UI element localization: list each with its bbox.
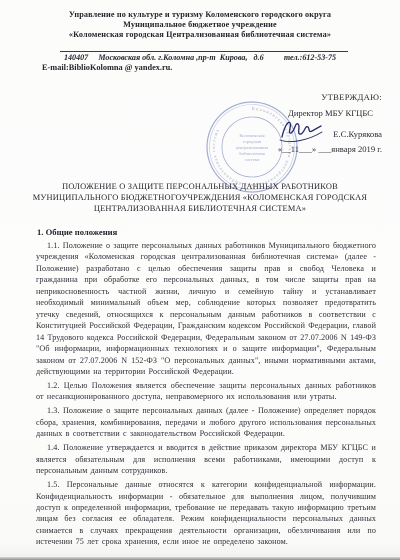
scanned-document-page: Управление по культуре и туризму Коломен… [0,0,400,560]
org-address: 140407 Московская обл. г.Коломна ,пр-т К… [0,53,400,62]
paragraph-1-4: 1.4. Положение утверждается и вводится в… [36,442,376,476]
paragraph-1-2: 1.2. Целью Положения является обеспечени… [36,380,376,403]
signer-name: Е.С.Курякова [333,129,382,139]
org-email: E-mail:BiblioKolomna @ yandex.ru. [42,63,172,72]
signature-row: Е.С.Курякова [212,121,382,143]
org-name-line1: Управление по культуре и туризму Коломен… [0,10,400,20]
stamp-center-line5: система [245,157,260,162]
org-name-line2: Муниципальное бюджетное учреждение [0,20,400,30]
approval-date: «__11___» ___января 2019 г. [212,144,382,154]
approval-block: УТВЕРЖДАЮ: Директор МБУ КГЦБС Е.С.Куряко… [212,92,382,154]
paragraph-1-5: 1.5. Персональные данные относятся к кат… [36,479,376,548]
paragraph-1-3: 1.3. Положение о защите персональных дан… [36,405,376,439]
section-heading: 1. Общие положения [37,227,117,237]
handwritten-signature-icon [278,117,324,143]
letterhead: Управление по культуре и туризму Коломен… [0,10,400,41]
paragraph-1-1: 1.1. Положение о защите персональных дан… [36,240,376,377]
org-name-line3: «Коломенская городская Централизованная … [0,30,400,40]
document-body: 1.1. Положение о защите персональных дан… [36,240,376,550]
document-title: ПОЛОЖЕНИЕ О ЗАЩИТЕ ПЕРСОНАЛЬНЫХ ДАННЫХ Р… [28,181,372,214]
approve-label: УТВЕРЖДАЮ: [212,92,382,102]
